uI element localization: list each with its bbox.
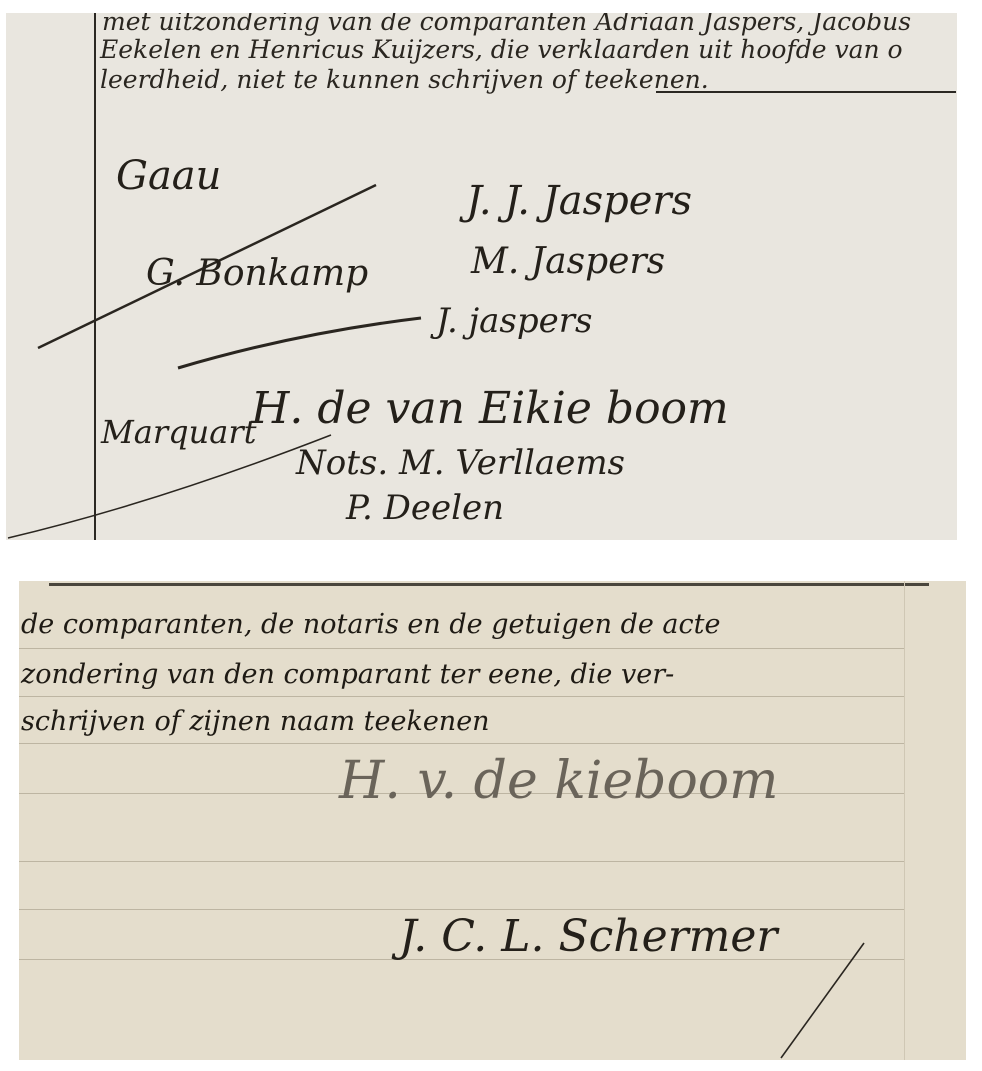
signature-de-kieboom: H. v. de kieboom bbox=[339, 751, 778, 811]
signature-schermer: J. C. L. Schermer bbox=[399, 911, 777, 962]
signature-slash-stroke bbox=[779, 941, 869, 1060]
ruled-line bbox=[19, 648, 904, 649]
bottom-document-fragment: de comparanten, de notaris en de getuige… bbox=[19, 581, 966, 1060]
text-line-2: zondering van den comparant ter eene, di… bbox=[21, 659, 674, 690]
closing-rule bbox=[656, 91, 956, 93]
right-margin-rule bbox=[904, 581, 905, 1060]
signature-tail-stroke bbox=[6, 433, 336, 540]
ruled-line bbox=[19, 909, 904, 910]
signature-underline-stroke bbox=[176, 313, 426, 373]
top-rule bbox=[49, 583, 929, 586]
top-document-fragment: met uitzondering van de comparanten Adri… bbox=[6, 13, 957, 540]
ruled-line bbox=[19, 861, 904, 862]
text-line-1: met uitzondering van de comparanten Adri… bbox=[102, 13, 911, 36]
text-line-1: de comparanten, de notaris en de getuige… bbox=[21, 609, 720, 640]
signature-j-j-jaspers: J. J. Jaspers bbox=[466, 178, 692, 224]
text-line-3: leerdheid, niet te kunnen schrijven of t… bbox=[100, 65, 709, 94]
ruled-line bbox=[19, 743, 904, 744]
signature-verllaems: Nots. M. Verllaems bbox=[296, 443, 625, 483]
signature-deelen: P. Deelen bbox=[346, 488, 504, 528]
signature-de-van-eikie-boom: H. de van Eikie boom bbox=[251, 383, 729, 434]
text-line-3: schrijven of zijnen naam teekenen bbox=[21, 706, 490, 737]
text-line-2: Eekelen en Henricus Kuijzers, die verkla… bbox=[100, 35, 903, 64]
signature-j-jaspers: J. jaspers bbox=[436, 301, 592, 341]
signature-bonkamp: G. Bonkamp bbox=[146, 253, 368, 294]
ruled-line bbox=[19, 696, 904, 697]
signature-m-jaspers: M. Jaspers bbox=[471, 241, 665, 282]
